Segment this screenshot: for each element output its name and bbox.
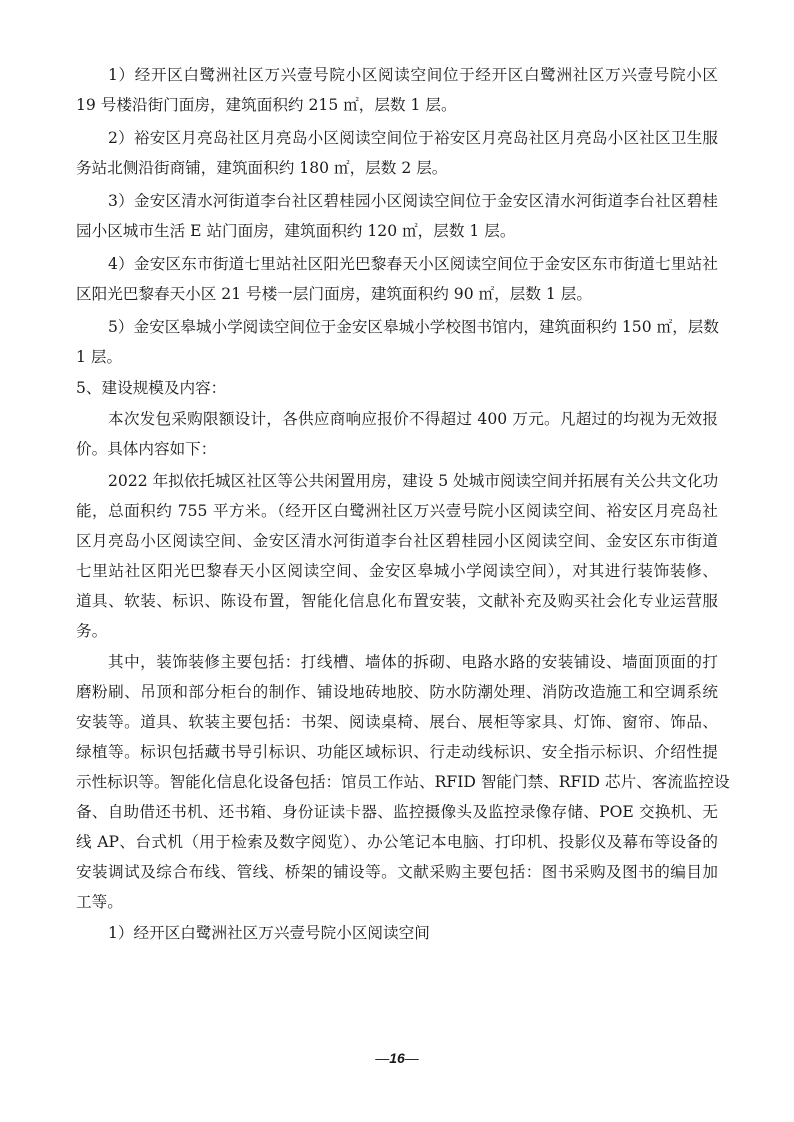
paragraph-line: 备、自助借还书机、还书箱、身份证读卡器、监控摄像头及监控录像存储、POE 交换机… [76,797,718,827]
paragraph-line: 其中，装饰装修主要包括：打线槽、墙体的拆砌、电路水路的安装铺设、墙面顶面的打 [108,647,718,677]
page-footer: —16— [0,1050,794,1066]
paragraph-line: 安装等。道具、软装主要包括：书架、阅读桌椅、展台、展柜等家具、灯饰、窗帘、饰品、 [76,707,718,737]
paragraph-line: 园小区城市生活 E 站门面房，建筑面积约 120 ㎡，层数 1 层。 [76,216,718,246]
paragraph-line: 能，总面积约 755 平方米。（经开区白鹭洲社区万兴壹号院小区阅读空间、裕安区月… [76,496,718,526]
paragraph-line: 磨粉刷、吊顶和部分柜台的制作、铺设地砖地胶、防水防潮处理、消防改造施工和空调系统 [76,677,718,707]
paragraph-line: 务站北侧沿街商铺，建筑面积约 180 ㎡，层数 2 层。 [76,153,718,183]
paragraph-line: 七里站社区阳光巴黎春天小区阅读空间、金安区皋城小学阅读空间），对其进行装饰装修、 [76,556,718,586]
section-heading: 5、建设规模及内容： [76,373,718,403]
paragraph-line: 区月亮岛小区阅读空间、金安区清水河街道李台社区碧桂园小区阅读空间、金安区东市街道 [76,526,718,556]
paragraph-line: 工等。 [76,887,718,917]
paragraph-line: 绿植等。标识包括藏书导引标识、功能区域标识、行走动线标识、安全指示标识、介绍性提 [76,737,718,767]
paragraph-line: 示性标识等。智能化信息化设备包括：馆员工作站、RFID 智能门禁、RFID 芯片… [76,767,718,797]
footer-dash-left: — [375,1050,389,1066]
subsection-heading: 1）经开区白鹭洲社区万兴壹号院小区阅读空间 [108,918,718,948]
paragraph-line: 道具、软装、标识、陈设布置，智能化信息化布置安装，文献补充及购买社会化专业运营服 [76,586,718,616]
paragraph-line: 线 AP、台式机（用于检索及数字阅览）、办公笔记本电脑、打印机、投影仪及幕布等设… [76,827,718,857]
paragraph-line: 2）裕安区月亮岛社区月亮岛小区阅读空间位于裕安区月亮岛社区月亮岛小区社区卫生服 [108,123,718,153]
page-number: 16 [389,1050,405,1066]
footer-dash-right: — [405,1050,419,1066]
paragraph-line: 1 层。 [76,342,718,372]
paragraph-line: 19 号楼沿街门面房，建筑面积约 215 ㎡，层数 1 层。 [76,90,718,120]
paragraph-line: 区阳光巴黎春天小区 21 号楼一层门面房，建筑面积约 90 ㎡，层数 1 层。 [76,279,718,309]
paragraph-line: 安装调试及综合布线、管线、桥架的铺设等。文献采购主要包括：图书采购及图书的编目加 [76,857,718,887]
paragraph-line: 4）金安区东市街道七里站社区阳光巴黎春天小区阅读空间位于金安区东市街道七里站社 [108,249,718,279]
paragraph-line: 本次发包采购限额设计，各供应商响应报价不得超过 400 万元。凡超过的均视为无效… [108,404,718,434]
paragraph-line: 价。具体内容如下： [76,434,718,464]
paragraph-line: 3）金安区清水河街道李台社区碧桂园小区阅读空间位于金安区清水河街道李台社区碧桂 [108,186,718,216]
paragraph-line: 5）金安区皋城小学阅读空间位于金安区皋城小学校图书馆内，建筑面积约 150 ㎡，… [108,312,718,342]
paragraph-line: 2022 年拟依托城区社区等公共闲置用房，建设 5 处城市阅读空间并拓展有关公共… [108,466,718,496]
paragraph-line: 1）经开区白鹭洲社区万兴壹号院小区阅读空间位于经开区白鹭洲社区万兴壹号院小区 [108,60,718,90]
paragraph-line: 务。 [76,616,718,646]
